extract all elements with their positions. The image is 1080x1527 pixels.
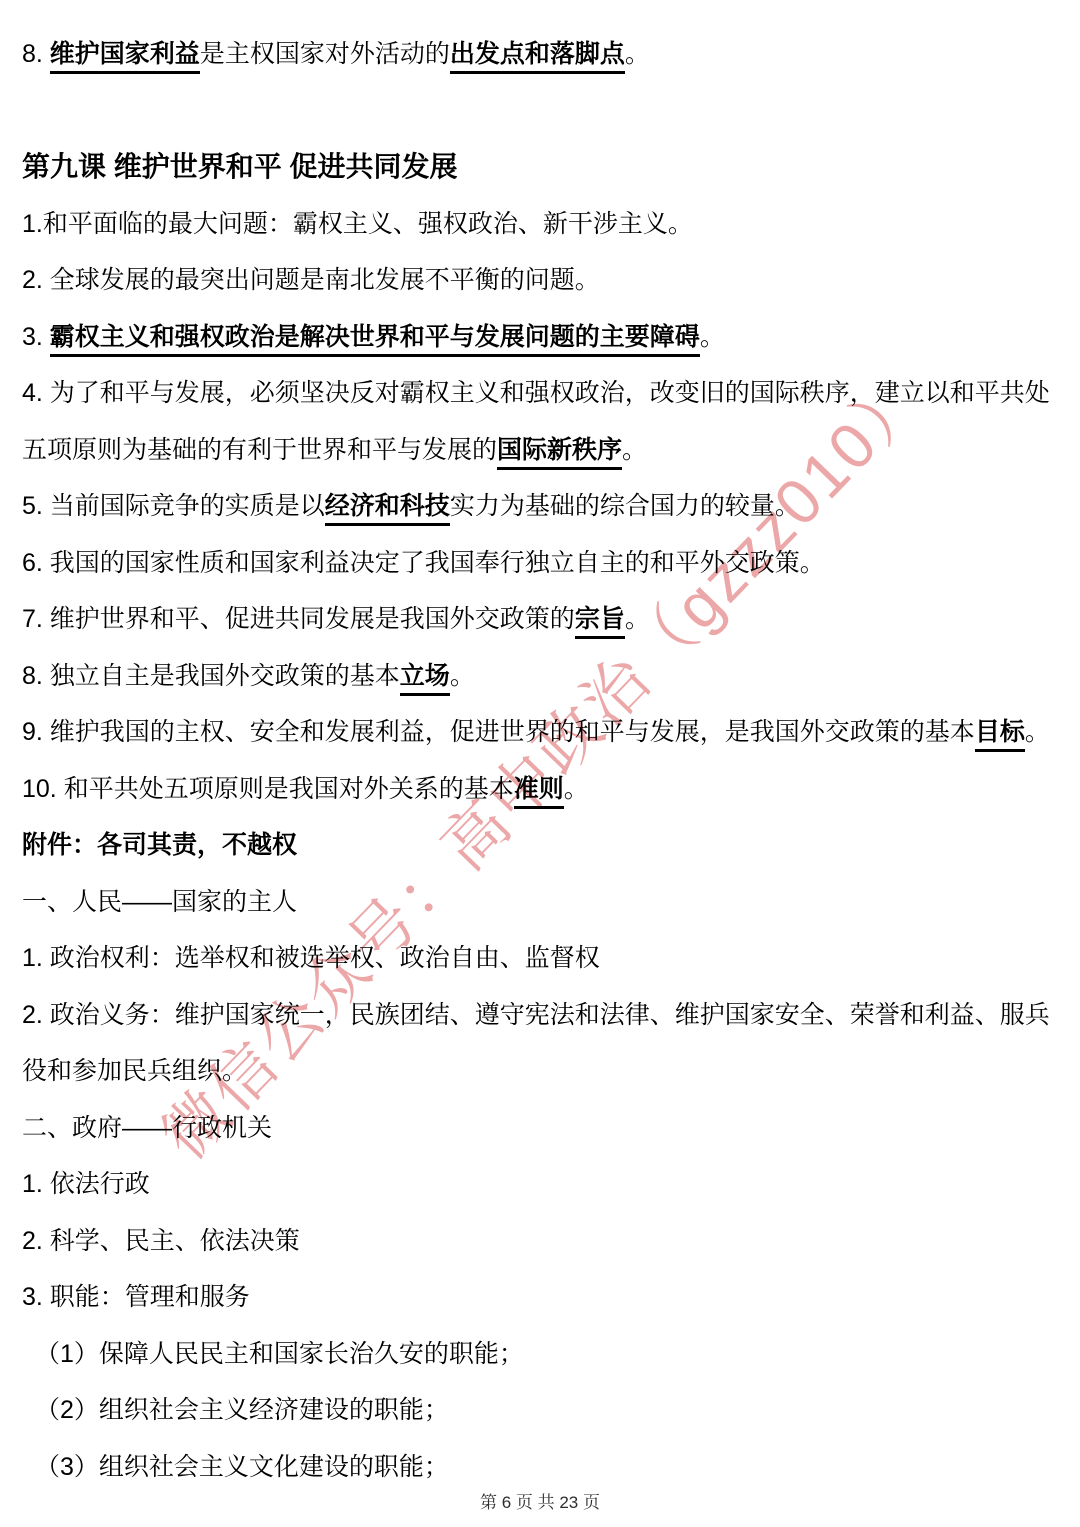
text-line: 10. 和平共处五项原则是我国对外关系的基本准则。 [22, 761, 1058, 818]
text-segment: 7. 维护世界和平、促进共同发展是我国外交政策的 [22, 605, 575, 633]
text-segment: 。 [625, 605, 650, 633]
key-term: 准则 [514, 775, 564, 809]
text-segment: 9. 维护我国的主权、安全和发展利益，促进世界的和平与发展，是我国外交政策的基本 [22, 718, 975, 746]
text-line: （3）组织社会主义文化建设的职能； [22, 1439, 1058, 1496]
text-line: （2）组织社会主义经济建设的职能； [22, 1382, 1058, 1439]
document-page: 微信公众号：高中政治（gzzz010） 8. 维护国家利益是主权国家对外活动的出… [0, 0, 1080, 1527]
text-segment: 实力为基础的综合国力的较量。 [450, 492, 800, 520]
text-line: 1. 依法行政 [22, 1156, 1058, 1213]
text-line: 2. 科学、民主、依法决策 [22, 1213, 1058, 1270]
text-segment: 10. 和平共处五项原则是我国对外关系的基本 [22, 775, 514, 803]
text-line: （1）保障人民民主和国家长治久安的职能； [22, 1326, 1058, 1383]
text-segment: 。 [625, 40, 650, 68]
key-term: 第九课 维护世界和平 促进共同发展 [22, 151, 458, 182]
text-line: 4. 为了和平与发展，必须坚决反对霸权主义和强权政治，改变旧的国际秩序，建立以和… [22, 365, 1058, 422]
text-segment: （1）保障人民民主和国家长治久安的职能； [35, 1340, 524, 1368]
text-segment: 4. 为了和平与发展，必须坚决反对霸权主义和强权政治，改变旧的国际秩序，建立以和… [22, 379, 1050, 407]
text-line: 1.和平面临的最大问题：霸权主义、强权政治、新干涉主义。 [22, 196, 1058, 253]
section-heading: 第九课 维护世界和平 促进共同发展 [22, 139, 1058, 196]
key-term: 国际新秩序 [497, 436, 622, 470]
text-line: 2. 全球发展的最突出问题是南北发展不平衡的问题。 [22, 252, 1058, 309]
key-term: 目标 [975, 718, 1025, 752]
text-segment: 。 [564, 775, 589, 803]
key-term: 霸权主义和强权政治是解决世界和平与发展问题的主要障碍 [50, 323, 700, 357]
text-line: 二、政府——行政机关 [22, 1100, 1058, 1157]
key-term: 经济和科技 [325, 492, 450, 526]
text-segment: 二、政府——行政机关 [22, 1114, 272, 1142]
text-segment: 8. [22, 40, 50, 68]
key-term: 附件：各司其责，不越权 [22, 831, 297, 859]
key-term: 立场 [400, 662, 450, 696]
text-line: 5. 当前国际竞争的实质是以经济和科技实力为基础的综合国力的较量。 [22, 478, 1058, 535]
text-segment: 8. 独立自主是我国外交政策的基本 [22, 662, 400, 690]
text-segment: 3. [22, 323, 50, 351]
text-segment: 1.和平面临的最大问题：霸权主义、强权政治、新干涉主义。 [22, 210, 693, 238]
text-segment: 。 [622, 436, 647, 464]
text-line: 3. 职能：管理和服务 [22, 1269, 1058, 1326]
key-term: 维护国家利益 [50, 40, 200, 74]
text-segment: 2. 全球发展的最突出问题是南北发展不平衡的问题。 [22, 266, 600, 294]
text-segment: （3）组织社会主义文化建设的职能； [35, 1453, 449, 1481]
text-segment: 2. 科学、民主、依法决策 [22, 1227, 300, 1255]
text-segment: 6. 我国的国家性质和国家利益决定了我国奉行独立自主的和平外交政策。 [22, 549, 825, 577]
text-line: 五项原则为基础的有利于世界和平与发展的国际新秩序。 [22, 422, 1058, 479]
document-body: 8. 维护国家利益是主权国家对外活动的出发点和落脚点。第九课 维护世界和平 促进… [22, 26, 1058, 1495]
text-line: 2. 政治义务：维护国家统一，民族团结、遵守宪法和法律、维护国家安全、荣誉和利益… [22, 987, 1058, 1044]
text-segment: （2）组织社会主义经济建设的职能； [35, 1396, 449, 1424]
text-line: 一、人民——国家的主人 [22, 874, 1058, 931]
text-segment: 1. 政治权利：选举权和被选举权、政治自由、监督权 [22, 944, 600, 972]
text-segment: 。 [450, 662, 475, 690]
text-line: 7. 维护世界和平、促进共同发展是我国外交政策的宗旨。 [22, 591, 1058, 648]
text-segment: 是主权国家对外活动的 [200, 40, 450, 68]
text-line: 3. 霸权主义和强权政治是解决世界和平与发展问题的主要障碍。 [22, 309, 1058, 366]
text-line: 附件：各司其责，不越权 [22, 817, 1058, 874]
text-line: 1. 政治权利：选举权和被选举权、政治自由、监督权 [22, 930, 1058, 987]
text-segment: 2. 政治义务：维护国家统一，民族团结、遵守宪法和法律、维护国家安全、荣誉和利益… [22, 1001, 1050, 1029]
text-segment: 3. 职能：管理和服务 [22, 1283, 250, 1311]
text-line: 8. 维护国家利益是主权国家对外活动的出发点和落脚点。 [22, 26, 1058, 83]
text-segment: 。 [1025, 718, 1050, 746]
text-line: 役和参加民兵组织。 [22, 1043, 1058, 1100]
text-segment: 5. 当前国际竞争的实质是以 [22, 492, 325, 520]
text-segment: 役和参加民兵组织。 [22, 1057, 247, 1085]
text-segment: 五项原则为基础的有利于世界和平与发展的 [22, 436, 497, 464]
text-segment: 。 [700, 323, 725, 351]
key-term: 出发点和落脚点 [450, 40, 625, 74]
text-segment: 一、人民——国家的主人 [22, 888, 297, 916]
text-line: 6. 我国的国家性质和国家利益决定了我国奉行独立自主的和平外交政策。 [22, 535, 1058, 592]
text-line: 8. 独立自主是我国外交政策的基本立场。 [22, 648, 1058, 705]
text-line: 9. 维护我国的主权、安全和发展利益，促进世界的和平与发展，是我国外交政策的基本… [22, 704, 1058, 761]
page-number: 第 6 页 共 23 页 [0, 1488, 1080, 1513]
blank-line [22, 83, 1058, 140]
text-segment: 1. 依法行政 [22, 1170, 150, 1198]
key-term: 宗旨 [575, 605, 625, 639]
